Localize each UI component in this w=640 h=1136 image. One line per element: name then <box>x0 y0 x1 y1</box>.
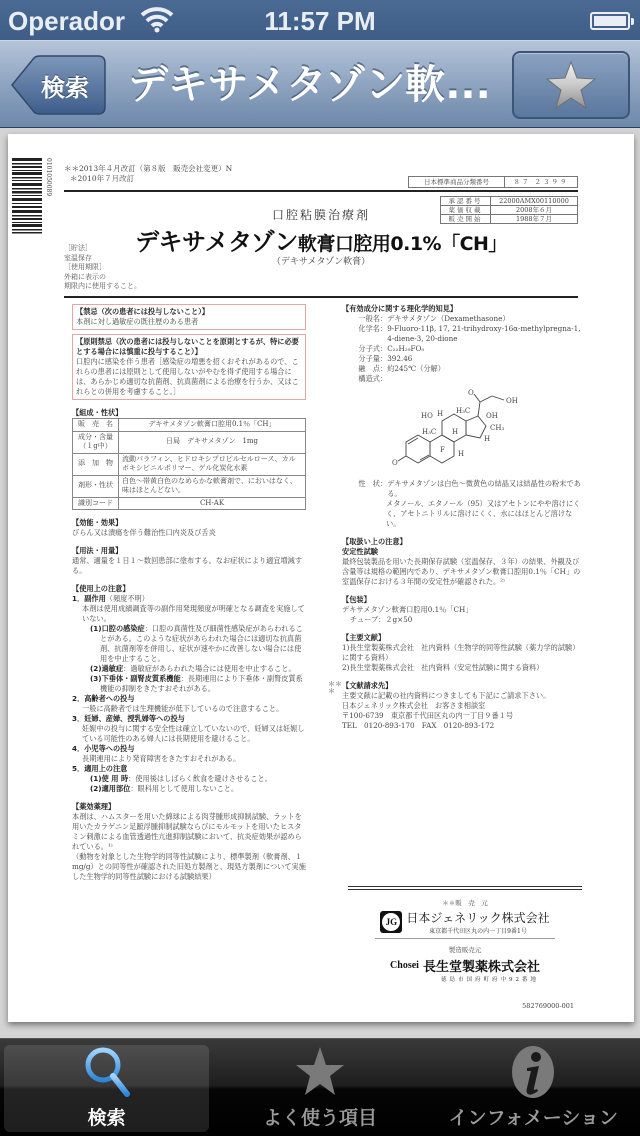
back-button[interactable]: 検索 <box>10 55 106 115</box>
revision-line: ＊2010年７月改訂 <box>64 174 232 184</box>
precaution-item: 3．妊婦、産婦、授乳婦等への投与 妊娠中の投与に関する安全性は確立していないので… <box>72 714 306 744</box>
dosage-section: 【用法・用量】 通常、適量を１日１～数回患部に塗布する。なお症状により適宜増減す… <box>72 546 306 576</box>
revision-line: ＊＊2013年４月改訂（第８版 販売会社変更）N <box>64 164 232 174</box>
precaution-title: 3．妊婦、産婦、授乳婦等への投与 <box>72 714 306 724</box>
jg-logo: JG <box>380 911 402 933</box>
physchem-value: 9-Fluoro-11β, 17, 21-trihydroxy-16α-meth… <box>387 324 582 344</box>
svg-text:H: H <box>458 450 464 458</box>
precaution-term: (2)過敏症 <box>90 664 123 673</box>
section-text: 本剤は、ハムスターを用いた綿球による肉芽腫形成抑制試験、ラットを用いたカラゲニン… <box>72 812 306 852</box>
precaution-term: (1)使 用 時 <box>90 774 128 783</box>
storage-line: 室温保存 <box>64 254 141 264</box>
search-icon <box>81 1041 133 1103</box>
physchem-row: 分子式：C₂₂H₂₉FO₅ <box>342 344 582 354</box>
section-text: （動物を対象とした生物学的同等性試験により、標準製剤（軟膏剤、１mg/g）との同… <box>72 852 306 882</box>
section-heading: 【文献請求先】 <box>342 681 582 691</box>
reference-item: 1)長生堂製薬株式会社 社内資料（生物学的同等性試験（薬力学的試験）に関する資料… <box>342 643 582 663</box>
page-title: デキサメタゾン軟... <box>128 55 498 115</box>
physchem-value: C₂₂H₂₉FO₅ <box>387 344 582 354</box>
distributor-name: 日本ジェネリック株式会社 <box>406 909 549 926</box>
classification-label: 日本標準商品分類番号 <box>409 177 505 187</box>
references-section: 【主要文献】 1)長生堂製薬株式会社 社内資料（生物学的同等性試験（薬力学的試験… <box>342 633 582 673</box>
storage-line: 期限内に使用すること。 <box>64 282 141 292</box>
section-heading: 【効能・効果】 <box>72 518 306 528</box>
precaution-sub: (3)下垂体・副腎皮質系機能：長期連用により下垂体・副腎皮質系機能の抑制をきたす… <box>82 674 306 694</box>
composition-label: 識別コード <box>73 497 119 510</box>
contraindication-box: 【禁忌（次の患者には投与しないこと）】 本剤に対し過敏症の既往歴のある患者 <box>72 304 306 330</box>
classification-value: ８７ ２３９９ <box>505 177 577 187</box>
section-subheading: 安定性試験 <box>342 547 582 557</box>
revision-marker: ＊＊ ＊ <box>328 681 342 695</box>
navigation-bar: 検索 デキサメタゾン軟... <box>0 40 640 128</box>
precaution-sub: (1)口腔の感染症：口腔の真菌性及び細菌性感染症があらわれることがある。このよう… <box>82 624 306 664</box>
status-bar: Operador 11:57 PM <box>0 0 640 40</box>
svg-text:H₃C: H₃C <box>456 407 470 415</box>
physchem-row: 化学名：9-Fluoro-11β, 17, 21-trihydroxy-16α-… <box>342 324 582 344</box>
section-heading: 【禁忌（次の患者には投与しないこと）】 <box>76 307 302 317</box>
svg-text:O: O <box>392 459 398 467</box>
precaution-item: 1．副作用（頻度不明） 本剤は使用成績調査等の副作用発現頻度が明確となる調査を実… <box>72 594 306 694</box>
chosei-logo: Chosei <box>390 960 419 971</box>
precaution-text: 長期連用により発育障害をきたすおそれがある。 <box>72 754 306 764</box>
section-heading: 【主要文献】 <box>342 633 582 643</box>
section-heading: 【用法・用量】 <box>72 546 306 556</box>
product-title-main: デキサメタゾン <box>135 228 298 256</box>
section-text: 口腔内に感染を伴う患者［感染症の増悪を招くおそれがあるので、これらの患者には原則… <box>76 357 302 397</box>
physchem-section: 【有効成分に関する理化学的知見】 一般名：デキサメタゾン（Dexamethaso… <box>342 304 582 529</box>
composition-label: 添 加 物 <box>73 453 119 475</box>
physchem-label: 構造式 <box>342 374 380 384</box>
company-info: ＊＊販 売 元 JG 日本ジェネリック株式会社 東京都千代田区丸の内一丁目9番1… <box>348 898 582 983</box>
pharmacology-section: 【薬効薬理】 本剤は、ハムスターを用いた綿球による肉芽腫形成抑制試験、ラットを用… <box>72 802 306 882</box>
precaution-sub: (2)適用部位：眼科用として使用しないこと。 <box>82 784 306 794</box>
contact-line: 〒100-6739 東京都千代田区丸の内一丁目９番１号 <box>342 711 582 721</box>
approval-value: 22000AMX00110000 <box>491 197 578 206</box>
precaution-title: 4．小児等への投与 <box>72 744 306 754</box>
precaution-note: （頻度不明） <box>106 594 149 603</box>
package-insert-page: 0101050089 ＊＊2013年４月改訂（第８版 販売会社変更）N ＊201… <box>8 134 634 1022</box>
precaution-item: 2．高齢者への投与 一般に高齢者では生理機能が低下しているので注意すること。 <box>72 694 306 714</box>
section-text: びらん又は潰瘍を伴う難治性口内炎及び舌炎 <box>72 528 306 538</box>
tab-search[interactable]: 検索 <box>0 1039 213 1136</box>
precaution-text: 妊娠中の投与に関する安全性は確立していないので、妊婦又は妊娠している可能性のある… <box>72 724 306 744</box>
right-column: 【有効成分に関する理化学的知見】 一般名：デキサメタゾン（Dexamethaso… <box>342 304 582 731</box>
barcode-digits: 0101050089 <box>42 158 52 196</box>
physchem-value: デキサメタゾン（Dexamethasone） <box>387 314 582 324</box>
indications-section: 【効能・効果】 びらん又は潰瘍を伴う難治性口内炎及び舌炎 <box>72 518 306 538</box>
classification-number-box: 日本標準商品分類番号 ８７ ２３９９ <box>408 176 578 188</box>
property-label: 性 状 <box>342 479 380 499</box>
physchem-label: 融 点 <box>342 364 380 374</box>
storage-info: ［貯法］ 室温保存 ［使用期限］ 外箱に表示の 期限内に使用すること。 <box>64 244 141 292</box>
precaution-text: 一般に高齢者では生理機能が低下しているので注意すること。 <box>72 704 306 714</box>
reference-item: 2)長生堂製薬株式会社 社内資料（安定性試験に関する資料） <box>342 663 582 673</box>
section-heading: 【組成・性状】 <box>72 408 306 418</box>
divider <box>348 886 582 890</box>
svg-text:F: F <box>440 446 445 454</box>
physchem-label: 分子式 <box>342 344 380 354</box>
structural-formula-diagram: O OH HO H H₃C OH H₃C H CH₃ H F H O <box>392 386 542 472</box>
tab-label: よく使う項目 <box>263 1103 377 1130</box>
section-heading: 【包装】 <box>342 595 582 605</box>
section-heading: 【取扱い上の注意】 <box>342 537 582 547</box>
revision-history: ＊＊2013年４月改訂（第８版 販売会社変更）N ＊2010年７月改訂 <box>64 164 232 184</box>
precaution-item: 4．小児等への投与 長期連用により発育障害をきたすおそれがある。 <box>72 744 306 764</box>
section-heading: 【原則禁忌（次の患者には投与しないことを原則とするが、特に必要とする場合には慎重… <box>76 337 302 357</box>
contact-line: 主要文献に記載の社内資料につきましても下記にご請求下さい。 <box>342 691 582 701</box>
precaution-term: (3)下垂体・副腎皮質系機能 <box>90 674 181 683</box>
storage-line: 外箱に表示の <box>64 273 141 283</box>
property-row: 性 状：デキサメタゾンは白色～微黄色の結晶又は結晶性の粉末である。 <box>342 479 582 499</box>
tab-favorites[interactable]: よく使う項目 <box>213 1039 426 1136</box>
precaution-sub-text: ：眼科用として使用しないこと。 <box>130 784 238 793</box>
physchem-label: 化学名 <box>342 324 380 344</box>
section-text: 本剤に対し過敏症の既往歴のある患者 <box>76 317 302 327</box>
physchem-value: 392.46 <box>387 354 582 364</box>
back-button-label: 検索 <box>41 68 89 103</box>
svg-text:OH: OH <box>486 412 498 420</box>
precaution-sub-text: ：使用後はしばらく飲食を避けさせること。 <box>128 774 272 783</box>
distributor-address: 東京都千代田区丸の内一丁目9番1号 <box>406 926 549 935</box>
composition-value: デキサメタゾン軟膏口腔用0.1％「CH」 <box>119 419 306 432</box>
svg-text:CH₃: CH₃ <box>490 424 504 432</box>
principle-contraindication-box: 【原則禁忌（次の患者には投与しないことを原則とするが、特に必要とする場合には慎重… <box>72 334 306 400</box>
property-value: デキサメタゾンは白色～微黄色の結晶又は結晶性の粉末である。 <box>387 479 582 499</box>
tab-bar: 検索 よく使う項目 インフォメーション <box>0 1038 640 1136</box>
svg-text:H₃C: H₃C <box>422 428 436 436</box>
svg-text:O: O <box>468 389 474 397</box>
section-heading: 【使用上の注意】 <box>72 584 306 594</box>
tab-label: 検索 <box>88 1103 126 1130</box>
product-title-sub: 軟膏口腔用0.1%「CH」 <box>298 233 507 255</box>
document-code: 582769000-001 <box>522 1002 574 1010</box>
physchem-row: 構造式： <box>342 374 582 384</box>
section-heading: 【有効成分に関する理化学的知見】 <box>342 304 582 314</box>
tab-label: インフォメーション <box>449 1103 618 1130</box>
section-text: 通常、適量を１日１～数回患部に塗布する。なお症状により適宜増減する。 <box>72 556 306 576</box>
svg-text:H: H <box>484 435 490 443</box>
drug-category: 口腔粘膜治療剤 <box>8 206 634 223</box>
composition-value: 白色～帯黄白色のなめらかな軟膏剤で、においはなく、味はほとんどない。 <box>119 475 306 497</box>
contact-section: ＊＊ ＊ 【文献請求先】 主要文献に記載の社内資料につきましても下記にご請求下さ… <box>342 681 582 731</box>
left-column: 【禁忌（次の患者には投与しないこと）】 本剤に対し過敏症の既往歴のある患者 【原… <box>72 304 306 882</box>
composition-label: 剤形・性状 <box>73 475 119 497</box>
contact-line: 日本ジェネリック株式会社 お客さま相談室 <box>342 701 582 711</box>
manufacturer-name: 長生堂製薬株式会社 <box>423 956 540 975</box>
divider <box>64 296 578 298</box>
storage-line: ［貯法］ <box>64 244 141 254</box>
battery-icon <box>590 12 630 30</box>
svg-text:H: H <box>452 428 458 436</box>
composition-section: 【組成・性状】 販 売 名デキサメタゾン軟膏口腔用0.1％「CH」 成分・含量（… <box>72 408 306 510</box>
svg-text:H: H <box>437 410 443 418</box>
physchem-label: 一般名 <box>342 314 380 324</box>
composition-label: 販 売 名 <box>73 419 119 432</box>
precaution-title: 2．高齢者への投与 <box>72 694 306 704</box>
physchem-row: 融 点：約245℃（分解） <box>342 364 582 374</box>
divider <box>375 938 555 939</box>
clock: 11:57 PM <box>0 6 640 37</box>
manufacturer: Chosei 長生堂製薬株式会社 <box>348 956 582 975</box>
star-icon <box>294 1041 346 1103</box>
physchem-row: 一般名：デキサメタゾン（Dexamethasone） <box>342 314 582 324</box>
precaution-term: (2)適用部位 <box>90 784 130 793</box>
precautions-section: 【使用上の注意】 1．副作用（頻度不明） 本剤は使用成績調査等の副作用発現頻度が… <box>72 584 306 794</box>
approval-label: 承認番号 <box>441 197 491 206</box>
star-icon <box>545 60 597 110</box>
composition-label: 成分・含量（１g中） <box>73 431 119 453</box>
tab-information[interactable]: インフォメーション <box>427 1039 640 1136</box>
info-icon <box>508 1041 558 1103</box>
contact-line: TEL 0120-893-170 FAX 0120-893-172 <box>342 721 582 731</box>
document-viewer[interactable]: 0101050089 ＊＊2013年４月改訂（第８版 販売会社変更）N ＊201… <box>0 128 640 1038</box>
precaution-text: 本剤は使用成績調査等の副作用発現頻度が明確となる調査を実施していない。 <box>72 604 306 624</box>
precaution-title: 1．副作用 <box>72 594 106 603</box>
section-text: チューブ：２g×50 <box>342 615 582 625</box>
svg-text:HO: HO <box>421 412 433 420</box>
physchem-value: 約245℃（分解） <box>387 364 582 374</box>
manufacturer-role: 製造販売元 <box>348 945 582 954</box>
composition-value: CH-AK <box>119 497 306 510</box>
solubility-text: メタノール、エタノール（95）又はアセトンにやや溶けにくく、アセトニトリルに溶け… <box>342 499 582 529</box>
favorite-button[interactable] <box>512 51 630 119</box>
precaution-item: 5．適用上の注意 (1)使 用 時：使用後はしばらく飲食を避けさせること。 (2… <box>72 764 306 794</box>
precaution-title: 5．適用上の注意 <box>72 764 306 774</box>
precaution-sub-text: ：過敏症があらわれた場合には使用を中止すること。 <box>123 664 296 673</box>
physchem-row: 分子量：392.46 <box>342 354 582 364</box>
section-text: 最終包装製品を用いた長期保存試験（室温保存、３年）の結果、外観及び含量等は規格の… <box>342 557 582 587</box>
section-heading: 【薬効薬理】 <box>72 802 306 812</box>
precaution-term: (1)口腔の感染症 <box>90 624 145 633</box>
jg-logo-text: JG <box>382 913 400 931</box>
section-text: デキサメタゾン軟膏口腔用0.1％「CH」 <box>342 605 582 615</box>
svg-text:OH: OH <box>506 397 518 405</box>
packaging-section: 【包装】 デキサメタゾン軟膏口腔用0.1％「CH」 チューブ：２g×50 <box>342 595 582 625</box>
distributor: JG 日本ジェネリック株式会社 東京都千代田区丸の内一丁目9番1号 <box>348 909 582 935</box>
divider <box>64 190 578 192</box>
storage-line: ［使用期限］ <box>64 263 141 273</box>
handling-section: 【取扱い上の注意】 安定性試験 最終包装製品を用いた長期保存試験（室温保存、３年… <box>342 537 582 587</box>
composition-value: 流動パラフィン、ヒドロキシプロピルセルロース、カルボキシビニルポリマー、ゲル化炭… <box>119 453 306 475</box>
composition-value: 日局 デキサメタゾン 1mg <box>119 431 306 453</box>
manufacturer-address: 徳島市国府町府中92番地 <box>348 975 582 983</box>
physchem-label: 分子量 <box>342 354 380 364</box>
precaution-sub: (1)使 用 時：使用後はしばらく飲食を避けさせること。 <box>82 774 306 784</box>
precaution-sub: (2)過敏症：過敏症があらわれた場合には使用を中止すること。 <box>82 664 306 674</box>
composition-table: 販 売 名デキサメタゾン軟膏口腔用0.1％「CH」 成分・含量（１g中）日局 デ… <box>72 418 306 510</box>
distributor-role: ＊＊販 売 元 <box>348 898 582 907</box>
